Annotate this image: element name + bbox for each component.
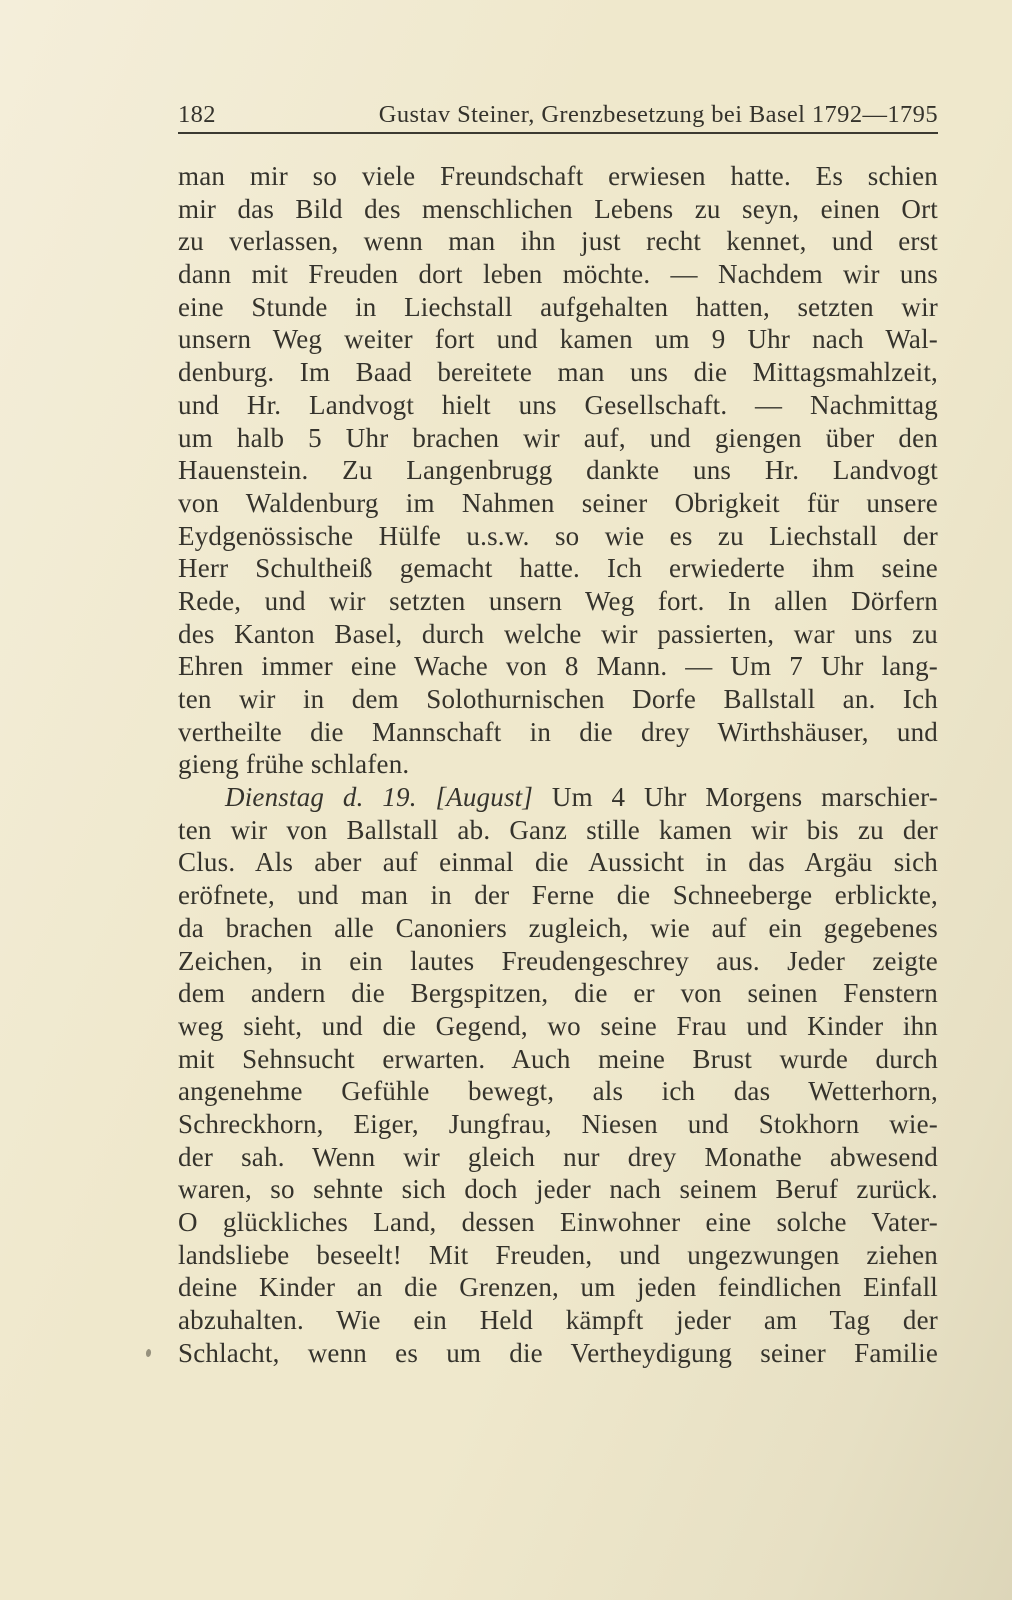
- text-line: des Kanton Basel, durch welche wir passi…: [178, 618, 938, 651]
- text-segment: ten wir von Ballstall ab. Ganz stille ka…: [178, 815, 938, 845]
- running-title: Gustav Steiner, Grenzbesetzung bei Basel…: [379, 101, 938, 129]
- text-line: der sah. Wenn wir gleich nur drey Monath…: [178, 1141, 938, 1174]
- text-line: mir das Bild des menschlichen Lebens zu …: [178, 193, 938, 226]
- text-line: Clus. Als aber auf einmal die Aussicht i…: [178, 846, 938, 879]
- text-line: dem andern die Bergspitzen, die er von s…: [178, 977, 938, 1010]
- text-line: Eydgenössische Hülfe u.s.w. so wie es zu…: [178, 520, 938, 553]
- text-line: deine Kinder an die Grenzen, um jeden fe…: [178, 1271, 938, 1304]
- text-line: da brachen alle Canoniers zugleich, wie …: [178, 912, 938, 945]
- body-text: man mir so viele Freundschaft erwiesen h…: [178, 160, 938, 1369]
- text-line: weg sieht, und die Gegend, wo seine Frau…: [178, 1010, 938, 1043]
- text-line: Schreckhorn, Eiger, Jungfrau, Niesen und…: [178, 1108, 938, 1141]
- text-segment: zu verlassen, wenn man ihn just recht ke…: [178, 226, 938, 256]
- text-segment: man mir so viele Freundschaft erwiesen h…: [178, 161, 938, 191]
- text-line: Hauenstein. Zu Langenbrugg dankte uns Hr…: [178, 454, 938, 487]
- text-line: waren, so sehnte sich doch jeder nach se…: [178, 1173, 938, 1206]
- text-segment: Ehren immer eine Wache von 8 Mann. — Um …: [178, 651, 938, 681]
- text-segment: des Kanton Basel, durch welche wir passi…: [178, 619, 938, 649]
- text-line: Herr Schultheiß gemacht hatte. Ich erwie…: [178, 552, 938, 585]
- text-line: Zeichen, in ein lautes Freudengeschrey a…: [178, 945, 938, 978]
- text-line: angenehme Gefühle bewegt, als ich das We…: [178, 1075, 938, 1108]
- text-line: von Waldenburg im Nahmen seiner Obrigkei…: [178, 487, 938, 520]
- text-segment: mir das Bild des menschlichen Lebens zu …: [178, 194, 938, 224]
- text-segment: von Waldenburg im Nahmen seiner Obrigkei…: [178, 488, 938, 518]
- text-line: Rede, und wir setzten unsern Weg fort. I…: [178, 585, 938, 618]
- text-line: gieng frühe schlafen.: [178, 748, 938, 781]
- text-line: unsern Weg weiter fort und kamen um 9 Uh…: [178, 323, 938, 356]
- text-segment: Clus. Als aber auf einmal die Aussicht i…: [178, 847, 938, 877]
- text-segment: da brachen alle Canoniers zugleich, wie …: [178, 913, 938, 943]
- page-number: 182: [178, 101, 216, 129]
- text-segment: unsern Weg weiter fort und kamen um 9 Uh…: [178, 324, 938, 354]
- text-segment: Herr Schultheiß gemacht hatte. Ich erwie…: [178, 553, 938, 583]
- text-segment: vertheilte die Mannschaft in die drey Wi…: [178, 717, 938, 747]
- text-line: eröfnete, und man in der Ferne die Schne…: [178, 879, 938, 912]
- text-line: dann mit Freuden dort leben möchte. — Na…: [178, 258, 938, 291]
- text-line: mit Sehnsucht erwarten. Auch meine Brust…: [178, 1043, 938, 1076]
- text-segment: mit Sehnsucht erwarten. Auch meine Brust…: [178, 1044, 938, 1074]
- text-line: eine Stunde in Liechstall aufgehalten ha…: [178, 291, 938, 324]
- text-segment: Schlacht, wenn es um die Vertheydigung s…: [178, 1338, 938, 1368]
- book-page: 182 Gustav Steiner, Grenzbesetzung bei B…: [0, 0, 1012, 1600]
- text-segment: ten wir in dem Solothurnischen Dorfe Bal…: [178, 684, 938, 714]
- text-segment: Eydgenössische Hülfe u.s.w. so wie es zu…: [178, 521, 938, 551]
- text-line: zu verlassen, wenn man ihn just recht ke…: [178, 225, 938, 258]
- text-segment: weg sieht, und die Gegend, wo seine Frau…: [178, 1011, 938, 1041]
- text-line: um halb 5 Uhr brachen wir auf, und gieng…: [178, 422, 938, 455]
- page-header: 182 Gustav Steiner, Grenzbesetzung bei B…: [178, 101, 938, 129]
- text-segment: Hauenstein. Zu Langenbrugg dankte uns Hr…: [178, 455, 938, 485]
- text-segment: der sah. Wenn wir gleich nur drey Monath…: [178, 1142, 938, 1172]
- text-segment: abzuhalten. Wie ein Held kämpft jeder am…: [178, 1305, 938, 1335]
- text-segment: und Hr. Landvogt hielt uns Gesellschaft.…: [178, 390, 938, 420]
- text-line: Dienstag d. 19. [August] Um 4 Uhr Morgen…: [178, 781, 938, 814]
- text-line: ten wir von Ballstall ab. Ganz stille ka…: [178, 814, 938, 847]
- text-segment: dann mit Freuden dort leben möchte. — Na…: [178, 259, 938, 289]
- text-segment: um halb 5 Uhr brachen wir auf, und gieng…: [178, 423, 938, 453]
- text-line: vertheilte die Mannschaft in die drey Wi…: [178, 716, 938, 749]
- text-line: O glückliches Land, dessen Einwohner ein…: [178, 1206, 938, 1239]
- text-segment: eröfnete, und man in der Ferne die Schne…: [178, 880, 938, 910]
- text-line: landsliebe beseelt! Mit Freuden, und ung…: [178, 1239, 938, 1272]
- text-line: Schlacht, wenn es um die Vertheydigung s…: [178, 1337, 938, 1370]
- text-line: ten wir in dem Solothurnischen Dorfe Bal…: [178, 683, 938, 716]
- header-rule: [178, 132, 938, 134]
- text-segment: Schreckhorn, Eiger, Jungfrau, Niesen und…: [178, 1109, 938, 1139]
- text-segment: landsliebe beseelt! Mit Freuden, und ung…: [178, 1240, 938, 1270]
- text-line: man mir so viele Freundschaft erwiesen h…: [178, 160, 938, 193]
- text-segment: Um 4 Uhr Morgens marschier-: [533, 782, 938, 812]
- date-heading: Dienstag d. 19. [August]: [225, 782, 533, 812]
- text-segment: deine Kinder an die Grenzen, um jeden fe…: [178, 1272, 938, 1302]
- scan-speck: [145, 1349, 152, 1358]
- text-line: denburg. Im Baad bereitete man uns die M…: [178, 356, 938, 389]
- text-line: und Hr. Landvogt hielt uns Gesellschaft.…: [178, 389, 938, 422]
- text-line: Ehren immer eine Wache von 8 Mann. — Um …: [178, 650, 938, 683]
- text-segment: O glückliches Land, dessen Einwohner ein…: [178, 1207, 938, 1237]
- text-segment: angenehme Gefühle bewegt, als ich das We…: [178, 1076, 938, 1106]
- text-segment: denburg. Im Baad bereitete man uns die M…: [178, 357, 938, 387]
- text-segment: dem andern die Bergspitzen, die er von s…: [178, 978, 938, 1008]
- text-segment: Zeichen, in ein lautes Freudengeschrey a…: [178, 946, 938, 976]
- text-segment: gieng frühe schlafen.: [178, 749, 409, 779]
- text-segment: eine Stunde in Liechstall aufgehalten ha…: [178, 292, 938, 322]
- text-line: abzuhalten. Wie ein Held kämpft jeder am…: [178, 1304, 938, 1337]
- text-segment: Rede, und wir setzten unsern Weg fort. I…: [178, 586, 938, 616]
- text-segment: waren, so sehnte sich doch jeder nach se…: [178, 1174, 938, 1204]
